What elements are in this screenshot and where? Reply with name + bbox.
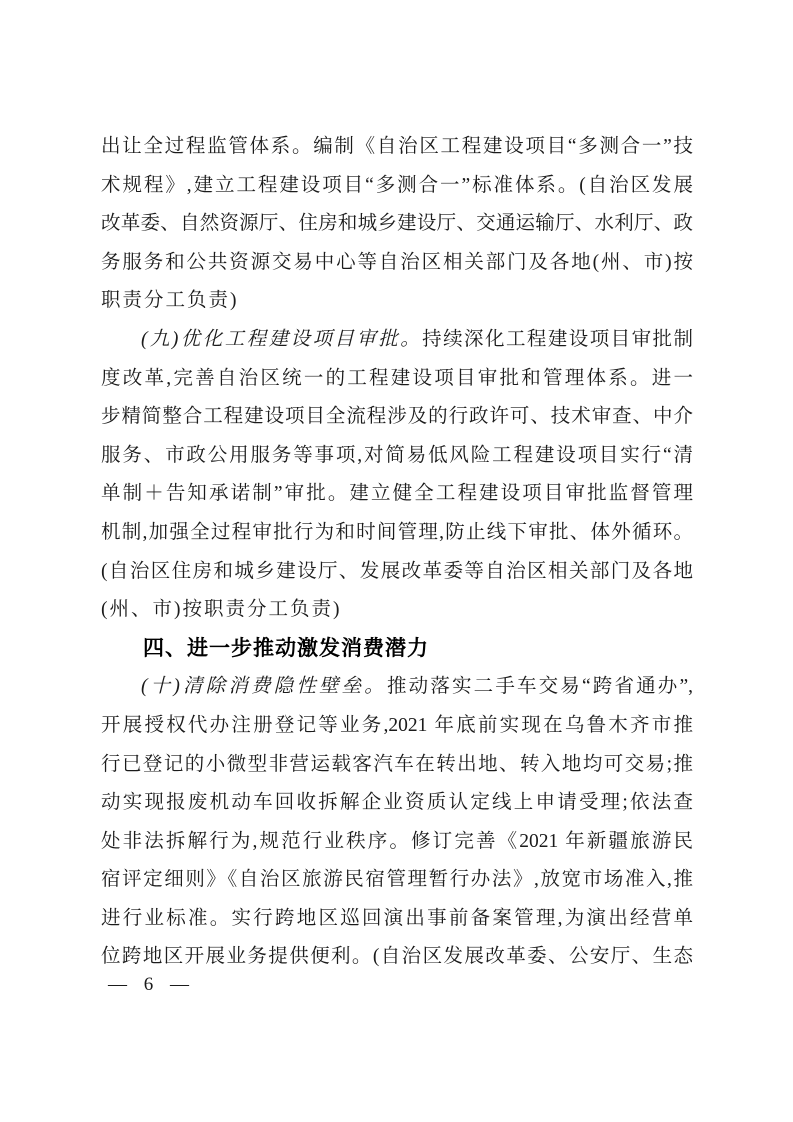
text-line: 行已登记的小微型非营运载客汽车在转出地、转入地均可交易;推 [101,746,693,785]
text-line: 步精简整合工程建设项目全流程涉及的行政许可、技术审查、中介 [101,398,693,437]
paragraph-lead-in: (十)清除消费隐性壁垒。 [141,676,387,697]
text-line: 出让全过程监管体系。编制《自治区工程建设项目“多测合一”技 [101,128,693,167]
text-line: 动实现报废机动车回收拆解企业资质认定线上申请受理;依法查 [101,784,693,823]
text-line: 宿评定细则》《自治区旅游民宿管理暂行办法》,放宽市场准入,推 [101,861,693,900]
paragraph-item-9: (九)优化工程建设项目审批。持续深化工程建设项目审批制 度改革,完善自治区统一的… [101,321,693,630]
paragraph-lead-rest: 推动落实二手车交易“跨省通办”, [387,676,693,697]
text-line: (自治区住房和城乡建设厅、发展改革委等自治区相关部门及各地 [101,553,693,592]
text-line: 改革委、自然资源厅、住房和城乡建设厅、交通运输厅、水利厅、政 [101,205,693,244]
text-line: 务服务和公共资源交易中心等自治区相关部门及各地(州、市)按 [101,244,693,283]
text-line: 服务、市政公用服务等事项,对简易低风险工程建设项目实行“清 [101,437,693,476]
paragraph-item-10: (十)清除消费隐性壁垒。推动落实二手车交易“跨省通办”, 开展授权代办注册登记等… [101,668,693,977]
paragraph-continuation: 出让全过程监管体系。编制《自治区工程建设项目“多测合一”技 术规程》,建立工程建… [101,128,693,321]
document-page: 出让全过程监管体系。编制《自治区工程建设项目“多测合一”技 术规程》,建立工程建… [0,0,793,1122]
text-line: 开展授权代办注册登记等业务,2021 年底前实现在乌鲁木齐市推 [101,707,693,746]
paragraph-lead-in: (九)优化工程建设项目审批。 [141,329,422,350]
text-line: 职责分工负责) [101,282,693,321]
text-line: 机制,加强全过程审批行为和时间管理,防止线下审批、体外循环。 [101,514,693,553]
text-block: 出让全过程监管体系。编制《自治区工程建设项目“多测合一”技 术规程》,建立工程建… [101,128,693,977]
text-line: 度改革,完善自治区统一的工程建设项目审批和管理体系。进一 [101,360,693,399]
section-heading: 四、进一步推动激发消费潜力 [101,630,693,669]
text-line: (州、市)按职责分工负责) [101,591,693,630]
text-line: 处非法拆解行为,规范行业秩序。修订完善《2021 年新疆旅游民 [101,823,693,862]
page-number: — 6 — [108,972,189,998]
text-line: (九)优化工程建设项目审批。持续深化工程建设项目审批制 [101,321,693,360]
text-line: (十)清除消费隐性壁垒。推动落实二手车交易“跨省通办”, [101,668,693,707]
paragraph-lead-rest: 持续深化工程建设项目审批制 [422,329,693,350]
text-line: 术规程》,建立工程建设项目“多测合一”标准体系。(自治区发展 [101,167,693,206]
text-line: 进行业标准。实行跨地区巡回演出事前备案管理,为演出经营单 [101,900,693,939]
text-line: 位跨地区开展业务提供便利。(自治区发展改革委、公安厅、生态 [101,938,693,977]
text-line: 单制＋告知承诺制”审批。建立健全工程建设项目审批监督管理 [101,475,693,514]
